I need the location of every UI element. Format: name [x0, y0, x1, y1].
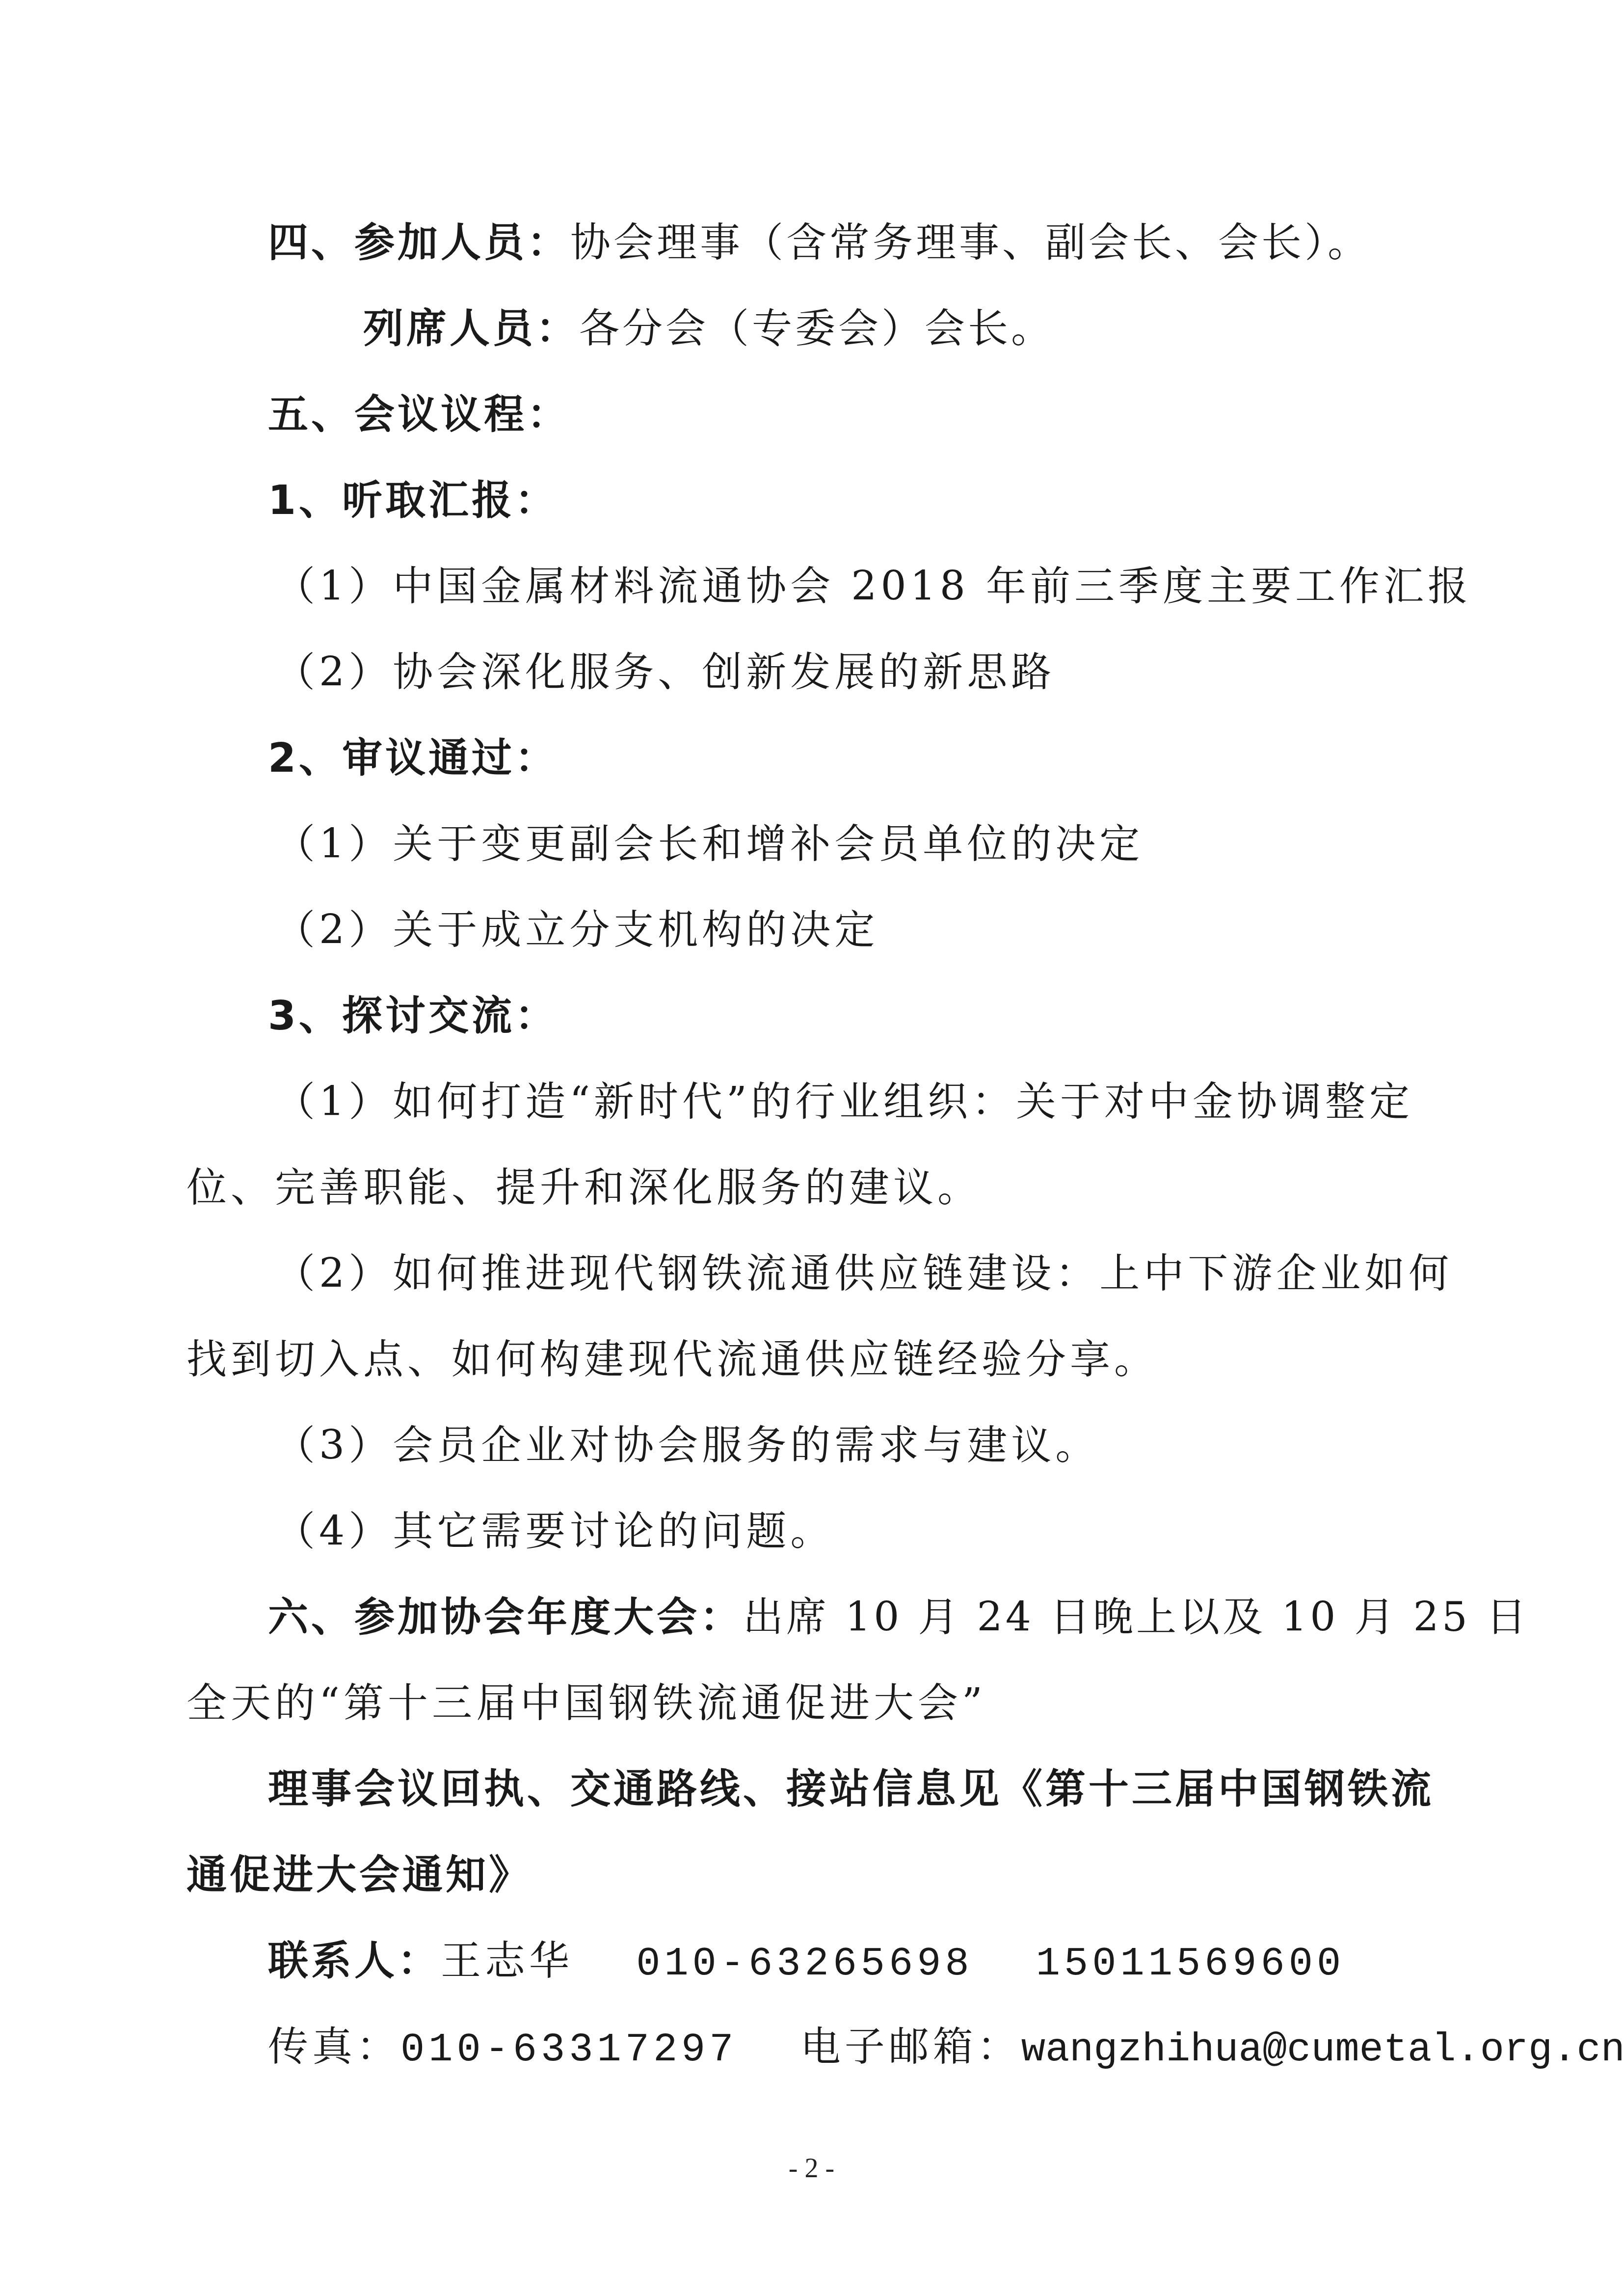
section4-text: 协会理事（含常务理事、副会长、会长）。	[570, 219, 1371, 266]
fax-label: 传真：	[268, 2024, 400, 2070]
contact-mobile: 15011569600	[1036, 1941, 1345, 1987]
section4-heading: 四、参加人员：	[268, 219, 570, 266]
fax-email-line: 传真：010-63317297 电子邮箱：wangzhihua@cumetal.…	[186, 2023, 1461, 2075]
notice-line1: 理事会议回执、交通路线、接站信息见《第十三届中国钢铁流	[186, 1765, 1461, 1814]
page-number: - 2 -	[0, 2153, 1623, 2184]
part3-item-1-line1: （1）如何打造“新时代”的行业组织：关于对中金协调整定	[186, 1078, 1461, 1127]
part2-heading: 2、审议通过：	[186, 734, 1461, 783]
fax-number: 010-63317297	[400, 2027, 738, 2073]
contact-line: 联系人：王志华 010-63265698 15011569600	[186, 1937, 1461, 1989]
part3-item-4: （4）其它需要讨论的问题。	[186, 1507, 1461, 1556]
part2-item-2: （2）关于成立分支机构的决定	[186, 906, 1461, 955]
part1-item-2: （2）协会深化服务、创新发展的新思路	[186, 648, 1461, 697]
section6-line1: 六、参加协会年度大会：出席 10 月 24 日晚上以及 10 月 25 日	[186, 1593, 1461, 1642]
part3-item-2-line2: 找到切入点、如何构建现代流通供应链经验分享。	[186, 1335, 1461, 1384]
email-address: wangzhihua@cumetal.org.cn	[1021, 2027, 1623, 2073]
part3-heading: 3、探讨交流：	[186, 992, 1461, 1041]
section6-heading: 六、参加协会年度大会：	[268, 1594, 743, 1641]
section6-text-line2: 全天的“第十三届中国钢铁流通促进大会”	[186, 1679, 1461, 1728]
part3-item-2-line1: （2）如何推进现代钢铁流通供应链建设：上中下游企业如何	[186, 1249, 1461, 1298]
notice-line2: 通促进大会通知》	[186, 1851, 1461, 1900]
attendees-line: 列席人员：各分会（专委会）会长。	[186, 304, 1461, 353]
email-label: 电子邮箱：	[800, 2024, 1021, 2070]
contact-label: 联系人：	[268, 1938, 441, 1984]
section5-heading: 五、会议议程：	[186, 390, 1461, 439]
part1-heading: 1、听取汇报：	[186, 476, 1461, 525]
section6-text-line1: 出席 10 月 24 日晚上以及 10 月 25 日	[743, 1594, 1529, 1641]
contact-phone: 010-63265698	[636, 1941, 973, 1987]
part2-item-1: （1）关于变更副会长和增补会员单位的决定	[186, 820, 1461, 869]
attendees-text: 各分会（专委会）会长。	[579, 305, 1054, 352]
part1-item-1: （1）中国金属材料流通协会 2018 年前三季度主要工作汇报	[186, 562, 1461, 611]
attendees-label: 列席人员：	[363, 305, 579, 352]
contact-name: 王志华	[441, 1938, 573, 1984]
document-page: 四、参加人员：协会理事（含常务理事、副会长、会长）。 列席人员：各分会（专委会）…	[0, 0, 1623, 2296]
section4-line: 四、参加人员：协会理事（含常务理事、副会长、会长）。	[186, 218, 1461, 268]
part3-item-3: （3）会员企业对协会服务的需求与建议。	[186, 1421, 1461, 1470]
part3-item-1-line2: 位、完善职能、提升和深化服务的建议。	[186, 1163, 1461, 1213]
